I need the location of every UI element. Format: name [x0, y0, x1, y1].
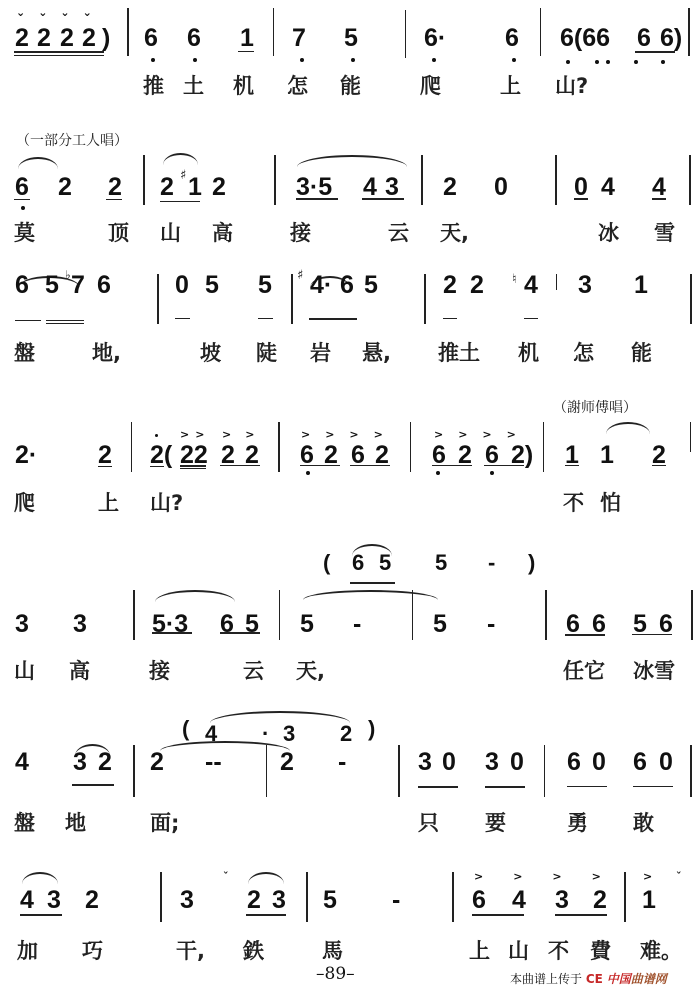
note: 0	[510, 750, 524, 775]
low-octave-dot	[436, 471, 440, 475]
note: 2	[58, 175, 72, 200]
watermark: 本曲谱上传于 CE 中国曲谱网	[510, 970, 667, 987]
lyric-char: 馬	[322, 941, 343, 962]
interlude-note: 5	[435, 552, 447, 574]
interlude-note: 6	[352, 552, 364, 574]
lyric-char: 上	[500, 76, 521, 97]
note: 5	[205, 273, 219, 298]
slur	[18, 157, 58, 169]
lyric-char: 云	[388, 223, 409, 244]
note: 4	[20, 888, 34, 913]
note: 6	[432, 443, 446, 468]
note: 0	[592, 750, 606, 775]
underline	[72, 784, 114, 786]
bar-line	[556, 274, 557, 290]
lyric-char: 巧	[82, 941, 103, 962]
bar-line	[691, 590, 693, 640]
note: 5	[433, 612, 447, 637]
note: 0	[659, 750, 673, 775]
note: 2	[221, 443, 235, 468]
lyric-char: 土	[183, 76, 204, 97]
bar-line	[131, 422, 132, 472]
lyric-char: 面;	[150, 813, 179, 834]
bar-line	[412, 590, 413, 640]
note: --	[205, 750, 222, 775]
high-octave-dot	[155, 434, 158, 437]
accent-marks: >>>>	[474, 870, 631, 883]
lyric-char: 坡	[200, 343, 221, 364]
slur	[297, 155, 407, 167]
note: 5	[364, 273, 378, 298]
underline	[14, 55, 104, 56]
underline	[175, 318, 190, 319]
note: 5	[45, 273, 59, 298]
low-octave-dot	[512, 58, 516, 62]
bar-line	[274, 155, 276, 205]
bar-line	[555, 155, 557, 205]
underline	[633, 786, 673, 787]
low-octave-dot	[595, 60, 599, 64]
note: 4	[363, 175, 377, 200]
breath-mark: ˇ	[223, 870, 229, 883]
lyric-char: 能	[340, 76, 361, 97]
interlude-note: ·	[262, 723, 269, 745]
bar-line	[160, 872, 162, 922]
note: 2	[593, 888, 607, 913]
bar-line	[540, 8, 541, 56]
accent-marks: >>>>	[434, 428, 531, 441]
lyric-char: 怎	[287, 76, 308, 97]
flat-sign: ♭	[65, 268, 71, 282]
lyric-char: 山	[160, 223, 181, 244]
note: 0	[494, 175, 508, 200]
note: -	[392, 888, 400, 913]
slur	[248, 872, 284, 884]
note: 2	[15, 26, 29, 51]
lyric-char: 山?	[555, 76, 588, 97]
underline	[160, 201, 200, 202]
note: 6	[15, 175, 29, 200]
note: 3	[555, 888, 569, 913]
underline	[246, 914, 286, 916]
interlude-note: 4	[205, 723, 217, 745]
note: 3	[272, 888, 286, 913]
lyric-char: 爬	[14, 493, 35, 514]
bar-line	[690, 745, 692, 797]
low-octave-dot	[306, 471, 310, 475]
bar-line	[133, 590, 135, 640]
note: 22	[180, 443, 208, 468]
lyric-char: 敢	[633, 813, 654, 834]
interlude-note: 3	[283, 723, 295, 745]
note: 3	[73, 750, 87, 775]
underline	[46, 323, 84, 324]
note: 2	[98, 443, 112, 468]
page-number: –89–	[316, 964, 355, 984]
bar-line	[544, 745, 545, 797]
lyric-char: 机	[518, 343, 539, 364]
underline	[350, 582, 395, 584]
bar-line	[689, 155, 691, 205]
bar-line	[410, 422, 411, 472]
bar-line	[306, 872, 308, 922]
note: 1	[642, 888, 656, 913]
bar-line	[690, 422, 691, 452]
note: 3	[485, 750, 499, 775]
bar-line	[278, 422, 280, 472]
note: 4	[652, 175, 666, 200]
note: 2	[375, 443, 389, 468]
bar-line	[688, 8, 690, 56]
underline	[555, 914, 607, 916]
note: 3	[418, 750, 432, 775]
note: 6	[485, 443, 499, 468]
lyric-char: 天,	[440, 223, 469, 244]
site-logo-icon: CE	[586, 972, 603, 986]
lyric-char: 地,	[92, 343, 121, 364]
lyric-char: 加	[17, 941, 38, 962]
lyric-char: 任它	[563, 661, 605, 682]
sharp-sign: ♯	[297, 268, 303, 283]
note: 3	[15, 612, 29, 637]
note: 3	[385, 175, 399, 200]
site-name-part-1: 中国	[607, 972, 631, 986]
bar-line	[452, 872, 454, 922]
performer-note-workers: （一部分工人唱）	[16, 130, 128, 150]
note: 6	[592, 612, 606, 637]
lyric-char: 山	[508, 941, 529, 962]
natural-sign: ♮	[512, 272, 517, 287]
bar-line	[127, 8, 129, 56]
note: 3	[180, 888, 194, 913]
lyric-char: 地	[65, 813, 86, 834]
interlude-note: 5	[379, 552, 391, 574]
note: 4·	[310, 273, 332, 298]
note: 2	[98, 750, 112, 775]
slur	[606, 422, 650, 434]
lyric-char: 爬	[420, 76, 441, 97]
breath-mark: ˇ	[676, 870, 682, 883]
note: 5	[258, 273, 272, 298]
note: 2	[60, 26, 74, 51]
lyric-char: 要	[485, 813, 506, 834]
lyric-char: 难。	[640, 941, 682, 962]
lyric-char: 勇	[567, 813, 588, 834]
note: 3	[578, 273, 592, 298]
note: 2	[280, 750, 294, 775]
low-octave-dot	[300, 58, 304, 62]
note: 2	[85, 888, 99, 913]
underline	[485, 786, 525, 788]
note: 6	[144, 26, 158, 51]
slur	[155, 590, 235, 602]
note: 2	[458, 443, 472, 468]
note: 7	[71, 273, 85, 298]
low-octave-dot	[21, 206, 25, 210]
accent-mark: >	[643, 870, 652, 883]
underline	[524, 318, 538, 319]
bar-line	[545, 590, 547, 640]
note: )	[102, 26, 110, 51]
note: -	[353, 612, 361, 637]
lyric-char: 盤	[14, 343, 35, 364]
note: 2)	[511, 443, 533, 468]
tie	[303, 590, 438, 600]
low-octave-dot	[661, 60, 665, 64]
bar-line	[424, 274, 426, 324]
note: 6	[659, 612, 673, 637]
note: 5	[300, 612, 314, 637]
low-octave-dot	[193, 58, 197, 62]
lyric-char: 天,	[296, 661, 325, 682]
lyric-char: 費	[590, 941, 611, 962]
note: 2	[82, 26, 96, 51]
note: 6)	[660, 26, 682, 51]
note: 5	[344, 26, 358, 51]
note: 1	[240, 26, 254, 51]
note: 2	[108, 175, 122, 200]
accent-marks: >>	[180, 428, 210, 441]
bar-line	[398, 745, 400, 797]
lyric-char: 不	[548, 941, 569, 962]
underline	[309, 318, 357, 320]
note: 1	[188, 175, 202, 200]
note: 5	[323, 888, 337, 913]
note: 2·	[15, 443, 37, 468]
accent-marks: >>	[222, 428, 268, 441]
lyric-char: 不	[563, 493, 584, 514]
note: -	[487, 612, 495, 637]
underline	[567, 786, 607, 787]
bar-line	[133, 745, 135, 797]
note: 7	[292, 26, 306, 51]
underline	[20, 914, 62, 916]
bar-line	[421, 155, 423, 205]
lyric-char: 机	[233, 76, 254, 97]
note: 3	[47, 888, 61, 913]
note: 6	[300, 443, 314, 468]
slur	[163, 153, 198, 165]
note: 4	[512, 888, 526, 913]
note: 6(66	[560, 26, 610, 51]
accent-marks: ⌄⌄⌄⌄	[16, 6, 105, 19]
note: 2	[247, 888, 261, 913]
watermark-prefix: 本曲谱上传于	[510, 972, 582, 986]
slur	[210, 711, 350, 723]
performer-note-master-xie: （謝师傅唱）	[553, 397, 637, 417]
note: 2	[160, 175, 174, 200]
note: 6	[340, 273, 354, 298]
note: 6	[567, 750, 581, 775]
note: 2	[212, 175, 226, 200]
low-octave-dot	[351, 58, 355, 62]
lyric-char: 干,	[176, 941, 205, 962]
tie	[160, 741, 290, 751]
lyric-char: 上	[98, 493, 119, 514]
low-octave-dot	[566, 60, 570, 64]
lyric-char: 莫	[14, 223, 35, 244]
slur	[22, 872, 58, 884]
lyric-char: 山?	[150, 493, 183, 514]
note: 6	[15, 273, 29, 298]
note: 6	[637, 26, 651, 51]
note: 2	[245, 443, 259, 468]
underline	[15, 320, 41, 321]
note: 5	[245, 612, 259, 637]
note: 2	[37, 26, 51, 51]
low-octave-dot	[606, 60, 610, 64]
bar-line	[405, 10, 406, 58]
note: 6	[633, 750, 647, 775]
note: 3·5	[296, 175, 332, 200]
note: 0	[442, 750, 456, 775]
underline	[443, 318, 457, 319]
interlude-note: )	[368, 718, 375, 740]
note: 6	[351, 443, 365, 468]
bar-line	[279, 590, 280, 640]
lyric-char: 只	[418, 813, 439, 834]
interlude-note: 2	[340, 723, 352, 745]
site-name-part-2: 曲谱网	[631, 972, 667, 986]
note: 2	[470, 273, 484, 298]
bar-line	[543, 422, 544, 472]
note: 4	[524, 273, 538, 298]
lyric-char: 推	[143, 76, 164, 97]
note: 2	[652, 443, 666, 468]
bar-line	[273, 8, 274, 56]
low-octave-dot	[490, 471, 494, 475]
lyric-char: 上	[469, 941, 490, 962]
interlude-note: (	[323, 552, 330, 574]
note: 6	[97, 273, 111, 298]
note: -	[338, 750, 346, 775]
low-octave-dot	[151, 58, 155, 62]
note: 0	[574, 175, 588, 200]
lyric-char: 盤	[14, 813, 35, 834]
lyric-char: 能	[631, 343, 652, 364]
lyric-char: 山	[14, 661, 35, 682]
lyric-char: 岩	[310, 343, 331, 364]
low-octave-dot	[432, 58, 436, 62]
accent-marks: >>>>	[301, 428, 398, 441]
bar-line	[157, 274, 159, 324]
score-page: ⌄⌄⌄⌄ ♯ ♭ ♯ ♮	[0, 0, 700, 994]
note: 2	[150, 750, 164, 775]
interlude-note: (	[182, 718, 189, 740]
interlude-note: )	[528, 552, 535, 574]
note: 6	[566, 612, 580, 637]
low-octave-dot	[634, 60, 638, 64]
note: 1	[600, 443, 614, 468]
note: 4	[601, 175, 615, 200]
lyric-char: 陡	[256, 343, 277, 364]
bar-line	[143, 155, 145, 205]
lyric-char: 接	[290, 223, 311, 244]
note: 5	[633, 612, 647, 637]
lyric-char: 高	[212, 223, 233, 244]
lyric-char: 推土	[438, 343, 480, 364]
lyric-char: 冰	[598, 223, 619, 244]
note: 6·	[424, 26, 446, 51]
note: 5·3	[152, 612, 188, 637]
underline	[472, 914, 524, 916]
underline	[258, 318, 273, 319]
lyric-char: 接	[149, 661, 170, 682]
lyric-char: 悬,	[362, 343, 391, 364]
note: 6	[505, 26, 519, 51]
note: 4	[15, 750, 29, 775]
lyric-char: 鉄	[243, 941, 264, 962]
lyric-char: 顶	[108, 223, 129, 244]
note: 1	[634, 273, 648, 298]
sharp-sign: ♯	[180, 168, 186, 183]
lyric-char: 高	[69, 661, 90, 682]
bar-line	[266, 745, 267, 797]
note: 6	[472, 888, 486, 913]
bar-line	[291, 274, 293, 324]
note: 2(	[150, 443, 172, 468]
lyric-char: 云	[243, 661, 264, 682]
bar-line	[690, 274, 692, 324]
underline	[418, 786, 458, 788]
note: 0	[175, 273, 189, 298]
note: 2	[324, 443, 338, 468]
note: 1	[565, 443, 579, 468]
note: 3	[73, 612, 87, 637]
note: 6	[220, 612, 234, 637]
note: 2	[443, 175, 457, 200]
interlude-note: -	[488, 552, 495, 574]
lyric-char: 冰雪	[633, 661, 675, 682]
underline	[46, 320, 84, 321]
note: 2	[443, 273, 457, 298]
lyric-char: 怕	[600, 493, 621, 514]
note: 6	[187, 26, 201, 51]
lyric-char: 怎	[573, 343, 594, 364]
lyric-char: 雪	[654, 223, 675, 244]
